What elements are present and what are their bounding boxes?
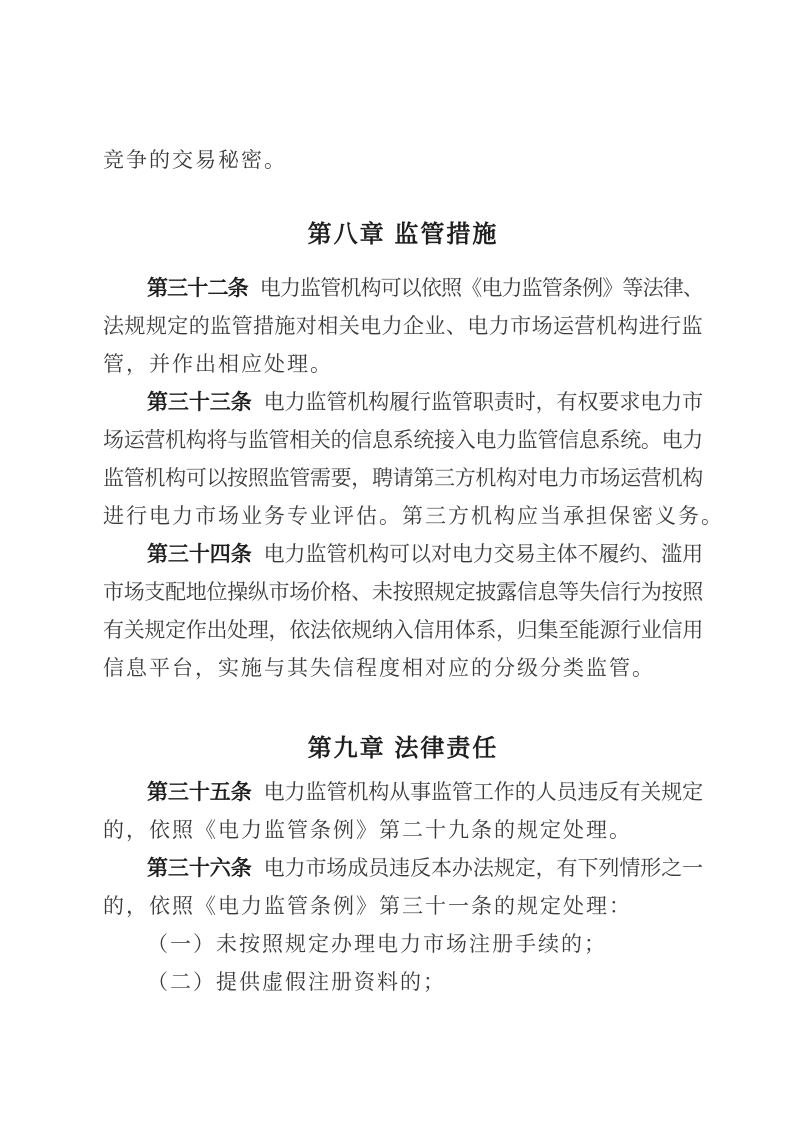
article-number: 第三十六条 xyxy=(147,857,252,880)
article-line: 第三十二条电力监管机构可以依照《电力监管条例》等法律、 xyxy=(103,269,703,307)
article-line: 第三十五条电力监管机构从事监管工作的人员违反有关规定 xyxy=(103,773,703,811)
article-line: 管，并作出相应处理。 xyxy=(103,345,703,383)
article-text: 市场支配地位操纵市场价格、未按照规定披露信息等失信行为按照 xyxy=(103,580,703,604)
article-text: 法规规定的监管措施对相关电力企业、电力市场运营机构进行监 xyxy=(103,314,703,338)
article-text: 电力监管机构从事监管工作的人员违反有关规定 xyxy=(264,780,703,804)
article-text: 管，并作出相应处理。 xyxy=(103,352,333,376)
article-text: 电力监管机构可以对电力交易主体不履约、滥用 xyxy=(264,542,703,566)
list-item-line: （一）未按照规定办理电力市场注册手续的； xyxy=(103,925,703,963)
article-text: 的，依照《电力监管条例》第三十一条的规定处理： xyxy=(103,894,632,918)
document-page: 竞争的交易秘密。 第八章 监管措施第三十二条电力监管机构可以依照《电力监管条例》… xyxy=(0,0,800,1131)
article-line: 市场支配地位操纵市场价格、未按照规定披露信息等失信行为按照 xyxy=(103,573,703,611)
article-text: 信息平台，实施与其失信程度相对应的分级分类监管。 xyxy=(103,656,655,680)
article-text: 进行电力市场业务专业评估。第三方机构应当承担保密义务。 xyxy=(103,504,724,528)
article-number: 第三十四条 xyxy=(147,543,252,566)
list-item-text: （二）提供虚假注册资料的； xyxy=(147,970,446,994)
chapter: 第九章 法律责任第三十五条电力监管机构从事监管工作的人员违反有关规定的，依照《电… xyxy=(103,730,703,1001)
chapter-heading: 第八章 监管措施 xyxy=(103,216,703,254)
article-text: 电力监管机构可以依照《电力监管条例》等法律、 xyxy=(260,276,703,300)
article-number: 第三十二条 xyxy=(147,277,248,300)
article-text: 监管机构可以按照监管需要，聘请第三方机构对电力市场运营机构 xyxy=(103,466,703,490)
continuation-line: 竞争的交易秘密。 xyxy=(103,141,703,179)
chapter-heading: 第九章 法律责任 xyxy=(103,730,703,768)
article-line: 进行电力市场业务专业评估。第三方机构应当承担保密义务。 xyxy=(103,497,703,535)
article-line: 第三十六条电力市场成员违反本办法规定，有下列情形之一 xyxy=(103,849,703,887)
article-line: 监管机构可以按照监管需要，聘请第三方机构对电力市场运营机构 xyxy=(103,459,703,497)
article-line: 场运营机构将与监管相关的信息系统接入电力监管信息系统。电力 xyxy=(103,421,703,459)
article-line: 的，依照《电力监管条例》第二十九条的规定处理。 xyxy=(103,811,703,849)
article-text: 场运营机构将与监管相关的信息系统接入电力监管信息系统。电力 xyxy=(103,428,703,452)
article-line: 第三十四条电力监管机构可以对电力交易主体不履约、滥用 xyxy=(103,535,703,573)
list-item-text: （一）未按照规定办理电力市场注册手续的； xyxy=(147,932,607,956)
article-text: 电力市场成员违反本办法规定，有下列情形之一 xyxy=(264,856,703,880)
article-text: 的，依照《电力监管条例》第二十九条的规定处理。 xyxy=(103,818,632,842)
article-text: 有关规定作出处理，依法依规纳入信用体系，归集至能源行业信用 xyxy=(103,618,703,642)
article-number: 第三十五条 xyxy=(147,781,252,804)
chapter: 第八章 监管措施第三十二条电力监管机构可以依照《电力监管条例》等法律、法规规定的… xyxy=(103,216,703,687)
chapters: 第八章 监管措施第三十二条电力监管机构可以依照《电力监管条例》等法律、法规规定的… xyxy=(103,216,703,1001)
article-text: 电力监管机构履行监管职责时，有权要求电力市 xyxy=(264,390,703,414)
article-number: 第三十三条 xyxy=(147,391,252,414)
article-line: 的，依照《电力监管条例》第三十一条的规定处理： xyxy=(103,887,703,925)
article-line: 有关规定作出处理，依法依规纳入信用体系，归集至能源行业信用 xyxy=(103,611,703,649)
article-line: 法规规定的监管措施对相关电力企业、电力市场运营机构进行监 xyxy=(103,307,703,345)
document-content: 竞争的交易秘密。 第八章 监管措施第三十二条电力监管机构可以依照《电力监管条例》… xyxy=(0,0,800,1001)
list-item-line: （二）提供虚假注册资料的； xyxy=(103,963,703,1001)
article-line: 第三十三条电力监管机构履行监管职责时，有权要求电力市 xyxy=(103,383,703,421)
article-line: 信息平台，实施与其失信程度相对应的分级分类监管。 xyxy=(103,649,703,687)
